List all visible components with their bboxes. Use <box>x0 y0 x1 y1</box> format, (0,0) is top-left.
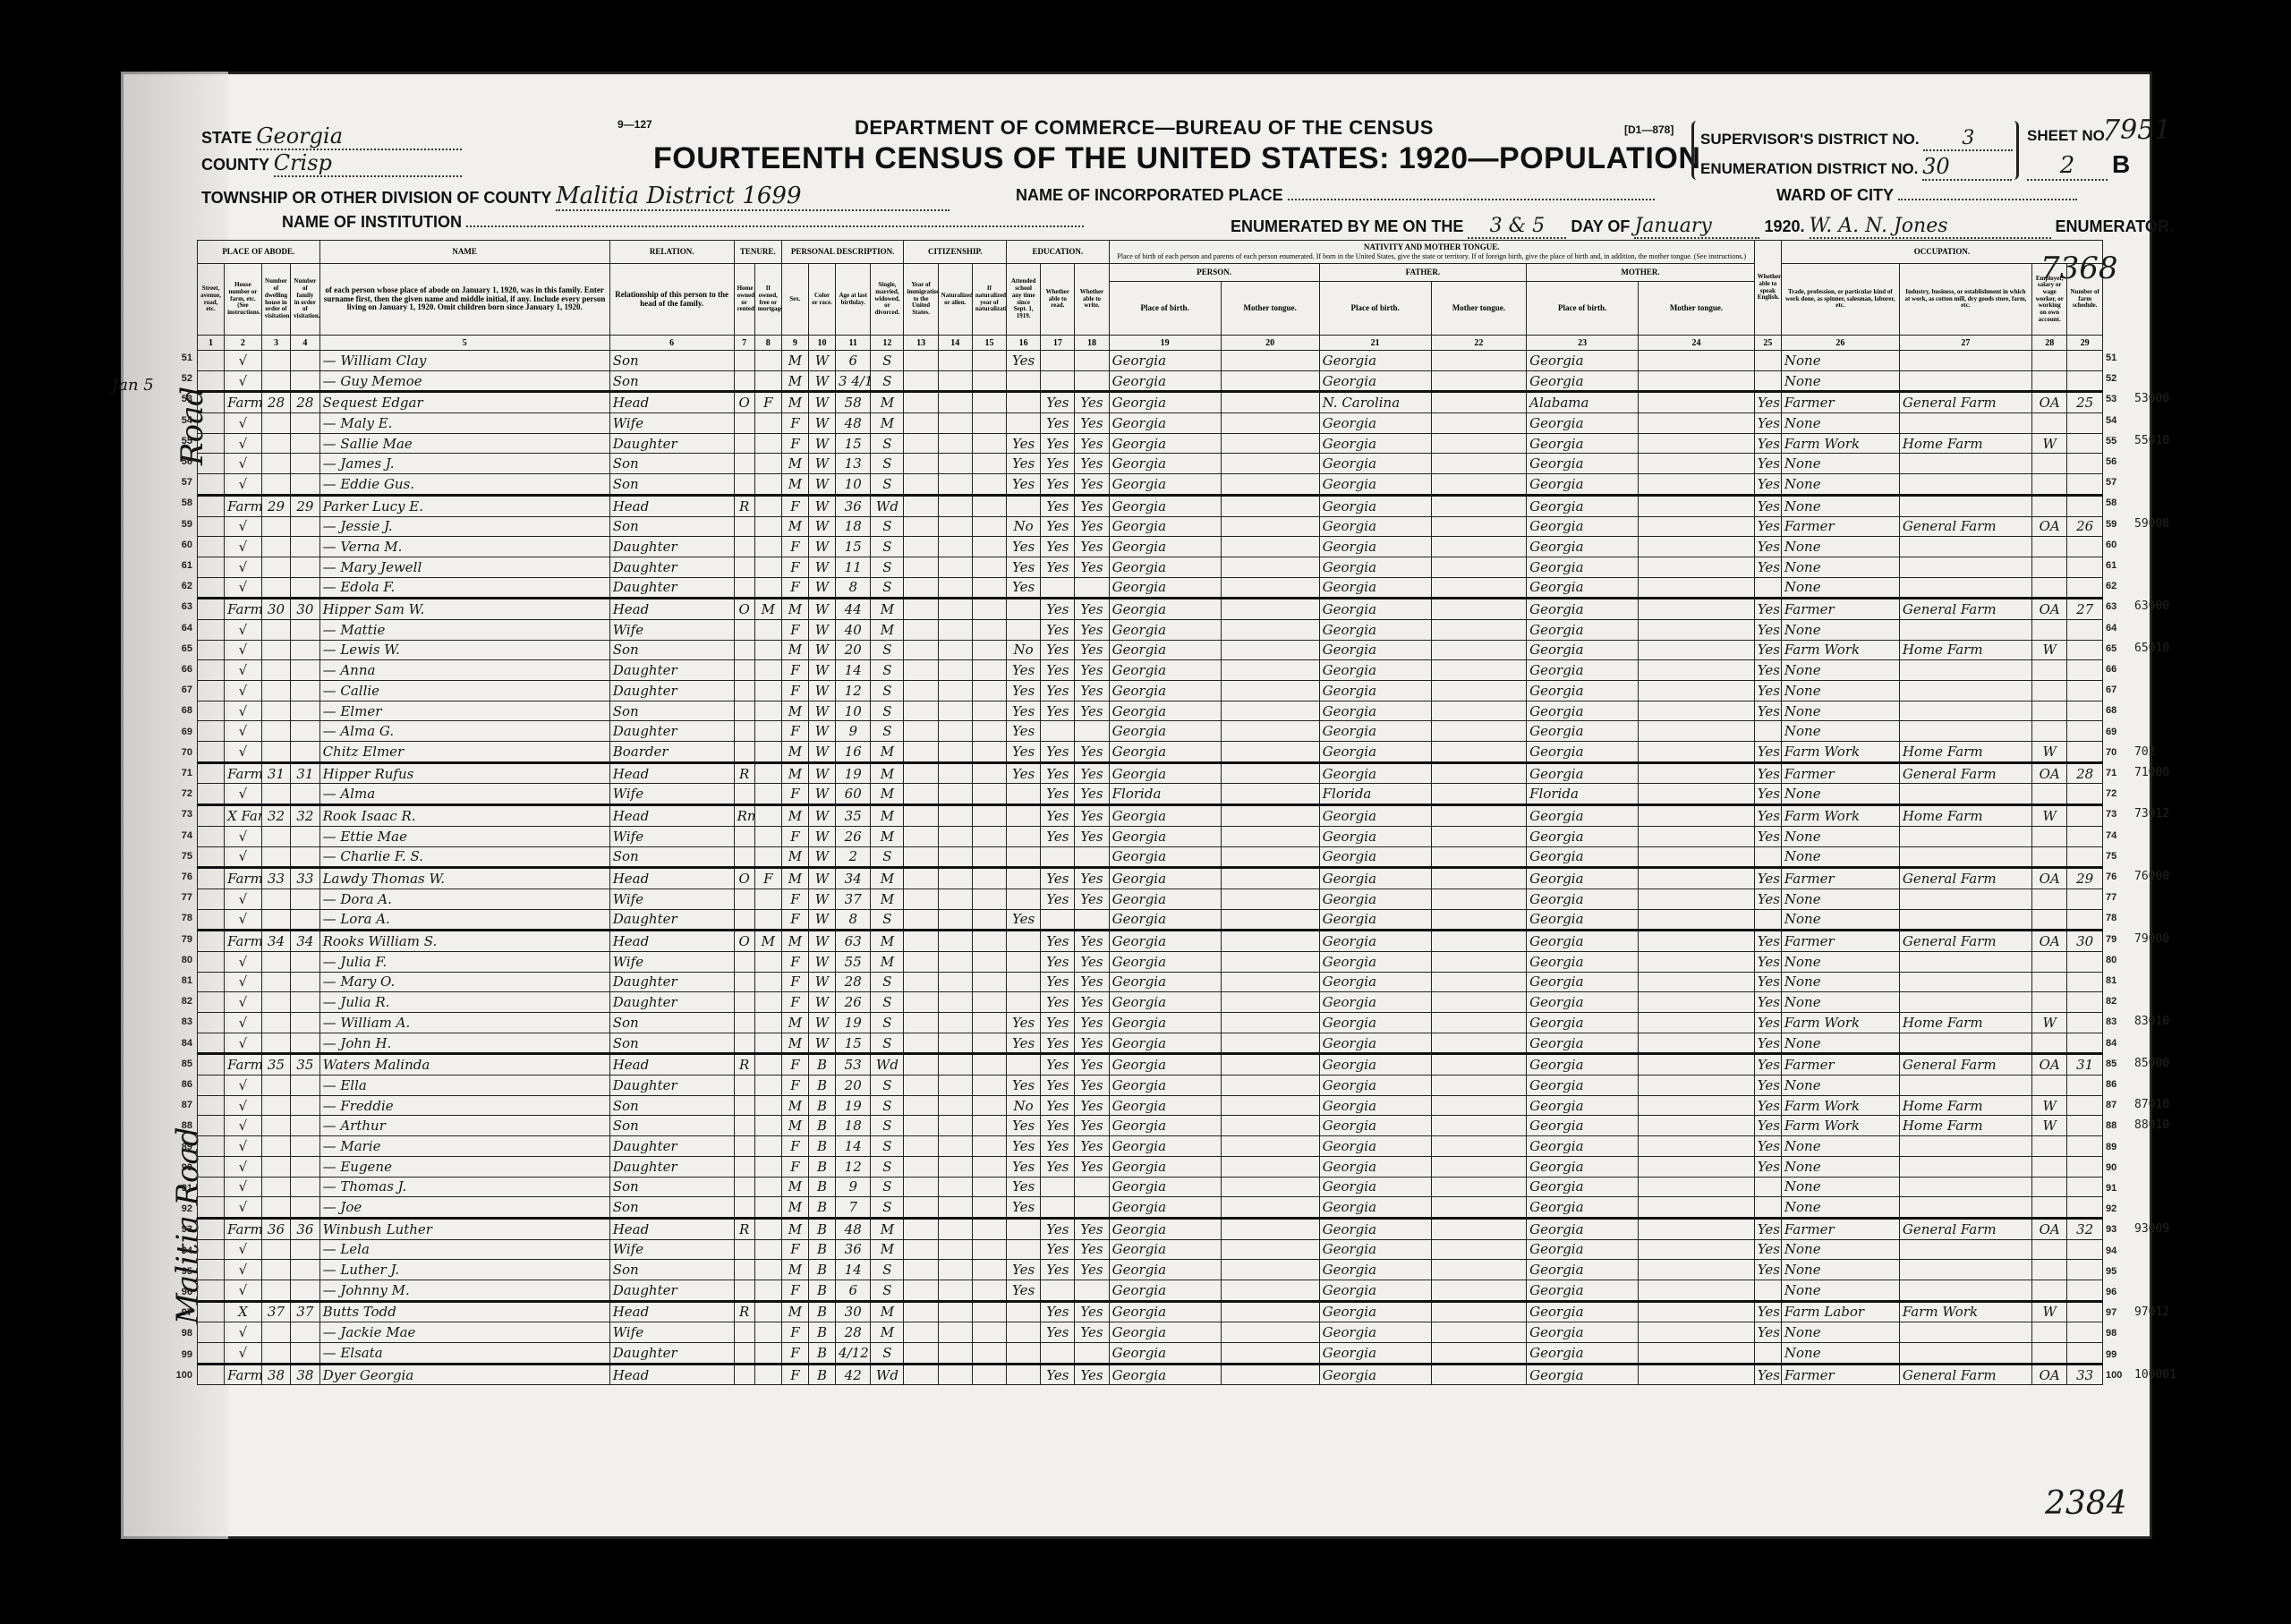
owned-rented-cell <box>734 640 754 660</box>
birthplace-cell: Georgia <box>1109 1301 1221 1322</box>
school-cell <box>1007 784 1041 805</box>
farm-schedule-cell: 29 <box>2067 868 2103 889</box>
coding-mark: 97012 <box>2134 1305 2188 1319</box>
dwelling-cell: 36 <box>261 1218 290 1239</box>
write-cell: Yes <box>1075 660 1109 681</box>
family-cell <box>291 370 319 392</box>
age-cell: 15 <box>836 537 871 557</box>
father-birthplace-cell: Georgia <box>1319 433 1431 454</box>
name-cell: — Lela <box>319 1239 609 1260</box>
house-cell: √ <box>225 1076 262 1096</box>
immigration-year-cell <box>904 660 938 681</box>
table-row: Farm3030Hipper Sam W.HeadOMMW44MYesYesGe… <box>198 599 2103 620</box>
line-number-left: 55 <box>166 436 192 446</box>
mother-tongue-cell <box>1221 640 1319 660</box>
speak-english-cell: Yes <box>1754 931 1781 952</box>
read-cell: Yes <box>1041 992 1075 1013</box>
line-number-left: 98 <box>166 1328 192 1339</box>
col-23-header: Place of birth. <box>1527 282 1639 336</box>
line-number-left: 79 <box>166 934 192 945</box>
table-row: Farm3636Winbush LutherHeadRMB48MYesYesGe… <box>198 1218 2103 1239</box>
free-mortgaged-cell <box>754 681 781 701</box>
write-cell: Yes <box>1075 681 1109 701</box>
col-num: 11 <box>836 336 871 351</box>
line-number-right: 60 <box>2106 540 2159 550</box>
family-cell <box>291 1177 319 1197</box>
mother-birthplace-cell: Georgia <box>1527 992 1639 1013</box>
employer-class-cell: W <box>2032 1116 2067 1136</box>
mother-tongue-cell <box>1221 1260 1319 1280</box>
mother-birthplace-cell: Georgia <box>1527 1260 1639 1280</box>
industry-cell <box>1899 351 2031 371</box>
employer-class-cell <box>2032 1322 2067 1343</box>
col-25-header: Whether able to speak English. <box>1754 241 1781 336</box>
industry-cell <box>1899 951 2031 972</box>
dwelling-cell <box>261 1280 290 1301</box>
father-tongue-cell <box>1431 972 1527 992</box>
free-mortgaged-cell <box>754 1054 781 1076</box>
naturalization-year-cell <box>972 454 1006 474</box>
street-cell <box>198 992 225 1013</box>
father-birthplace-cell: Georgia <box>1319 846 1431 868</box>
street-cell <box>198 454 225 474</box>
age-cell: 15 <box>836 1033 871 1054</box>
immigration-year-cell <box>904 1156 938 1177</box>
speak-english-cell: Yes <box>1754 516 1781 537</box>
sex-cell: M <box>781 805 808 827</box>
naturalized-cell <box>938 413 972 434</box>
table-row: √— William ClaySonMW6SYesGeorgiaGeorgiaG… <box>198 351 2103 371</box>
sex-cell: M <box>781 351 808 371</box>
occupation-cell: None <box>1781 951 1899 972</box>
relation-cell: Head <box>609 1054 734 1076</box>
age-cell: 4/12 <box>836 1343 871 1365</box>
sex-cell: F <box>781 660 808 681</box>
age-cell: 13 <box>836 454 871 474</box>
birthplace-cell: Georgia <box>1109 599 1221 620</box>
naturalized-cell <box>938 351 972 371</box>
col-num: 12 <box>871 336 904 351</box>
house-cell: √ <box>225 370 262 392</box>
name-cell: — Anna <box>319 660 609 681</box>
speak-english-cell: Yes <box>1754 889 1781 909</box>
naturalized-cell <box>938 826 972 846</box>
relation-cell: Son <box>609 474 734 496</box>
write-cell: Yes <box>1075 413 1109 434</box>
age-cell: 2 <box>836 846 871 868</box>
father-birthplace-cell: Georgia <box>1319 992 1431 1013</box>
street-cell <box>198 931 225 952</box>
naturalized-cell <box>938 846 972 868</box>
mother-mother-tongue-cell <box>1639 909 1755 931</box>
employer-class-cell <box>2032 992 2067 1013</box>
naturalization-year-cell <box>972 1280 1006 1301</box>
school-cell <box>1007 1343 1041 1365</box>
industry-cell <box>1899 1177 2031 1197</box>
read-cell: Yes <box>1041 681 1075 701</box>
incorporated-value <box>1288 199 1655 200</box>
immigration-year-cell <box>904 762 938 784</box>
marital-status-cell: S <box>871 454 904 474</box>
owned-rented-cell <box>734 413 754 434</box>
sex-cell: F <box>781 1239 808 1260</box>
age-cell: 30 <box>836 1301 871 1322</box>
sex-cell: F <box>781 1136 808 1157</box>
industry-cell: General Farm <box>1899 931 2031 952</box>
table-row: √— FreddieSonMB19SNoYesYesGeorgiaGeorgia… <box>198 1095 2103 1116</box>
sex-cell: M <box>781 454 808 474</box>
line-number-left: 68 <box>166 705 192 716</box>
naturalization-year-cell <box>972 972 1006 992</box>
speak-english-cell: Yes <box>1754 454 1781 474</box>
table-row: X Farm3232Rook Isaac R.HeadRmMW35MYesYes… <box>198 805 2103 827</box>
speak-english-cell <box>1754 721 1781 742</box>
dwelling-cell <box>261 474 290 496</box>
birthplace-cell: Florida <box>1109 784 1221 805</box>
school-cell <box>1007 931 1041 952</box>
house-cell: Farm <box>225 762 262 784</box>
school-cell <box>1007 1364 1041 1385</box>
mother-birthplace-cell: Georgia <box>1527 1076 1639 1096</box>
occupation-cell: None <box>1781 619 1899 640</box>
read-cell: Yes <box>1041 1218 1075 1239</box>
col-num: 26 <box>1781 336 1899 351</box>
relation-cell: Son <box>609 370 734 392</box>
immigration-year-cell <box>904 537 938 557</box>
name-cell: Winbush Luther <box>319 1218 609 1239</box>
mother-mother-tongue-cell <box>1639 557 1755 577</box>
mother-birthplace-cell: Florida <box>1527 784 1639 805</box>
industry-cell: Home Farm <box>1899 805 2031 827</box>
mother-tongue-cell <box>1221 681 1319 701</box>
age-cell: 14 <box>836 1260 871 1280</box>
write-cell: Yes <box>1075 1301 1109 1322</box>
mother-birthplace-cell: Alabama <box>1527 392 1639 413</box>
industry-cell <box>1899 577 2031 599</box>
race-cell: W <box>808 972 835 992</box>
read-cell: Yes <box>1041 931 1075 952</box>
immigration-year-cell <box>904 1033 938 1054</box>
mother-mother-tongue-cell <box>1639 1033 1755 1054</box>
stamp-top: 7951 <box>2103 115 2171 146</box>
mother-birthplace-cell: Georgia <box>1527 1197 1639 1219</box>
owned-rented-cell <box>734 537 754 557</box>
farm-schedule-cell <box>2067 1076 2103 1096</box>
line-number-left: 65 <box>166 643 192 654</box>
free-mortgaged-cell <box>754 1239 781 1260</box>
dwelling-cell <box>261 1156 290 1177</box>
immigration-year-cell <box>904 1076 938 1096</box>
mother-mother-tongue-cell <box>1639 931 1755 952</box>
line-number-left: 57 <box>166 477 192 488</box>
school-cell: Yes <box>1007 909 1041 931</box>
free-mortgaged-cell <box>754 660 781 681</box>
naturalization-year-cell <box>972 721 1006 742</box>
read-cell: Yes <box>1041 1076 1075 1096</box>
col-15-header: If naturalized, year of naturalization. <box>972 264 1006 336</box>
relation-cell: Head <box>609 599 734 620</box>
mother-birthplace-cell: Georgia <box>1527 951 1639 972</box>
coding-mark: 93009 <box>2134 1222 2188 1236</box>
immigration-year-cell <box>904 992 938 1013</box>
father-birthplace-cell: Georgia <box>1319 972 1431 992</box>
read-cell: Yes <box>1041 1054 1075 1076</box>
col-1-header: Street, avenue, road, etc. <box>198 264 225 336</box>
dwelling-cell <box>261 454 290 474</box>
occupation-cell: None <box>1781 557 1899 577</box>
coding-mark: 88010 <box>2134 1118 2188 1132</box>
table-row: √— MattieWifeFW40MYesYesGeorgiaGeorgiaGe… <box>198 619 2103 640</box>
mother-tongue-cell <box>1221 1322 1319 1343</box>
mother-birthplace-cell: Georgia <box>1527 909 1639 931</box>
col-num: 7 <box>734 336 754 351</box>
marital-status-cell: S <box>871 1033 904 1054</box>
family-cell <box>291 1322 319 1343</box>
free-mortgaged-cell <box>754 826 781 846</box>
speak-english-cell <box>1754 1280 1781 1301</box>
speak-english-cell: Yes <box>1754 1156 1781 1177</box>
col-num: 8 <box>754 336 781 351</box>
mother-mother-tongue-cell <box>1639 992 1755 1013</box>
dwelling-cell: 37 <box>261 1301 290 1322</box>
mother-tongue-cell <box>1221 1156 1319 1177</box>
father-birthplace-cell: Georgia <box>1319 1322 1431 1343</box>
school-cell <box>1007 619 1041 640</box>
school-cell <box>1007 1218 1041 1239</box>
naturalization-year-cell <box>972 413 1006 434</box>
incorporated-label: NAME OF INCORPORATED PLACE <box>1016 186 1283 204</box>
family-cell: 31 <box>291 762 319 784</box>
speak-english-cell: Yes <box>1754 1322 1781 1343</box>
state-field: STATE Georgia <box>201 123 462 150</box>
mother-mother-tongue-cell <box>1639 889 1755 909</box>
naturalized-cell <box>938 1260 972 1280</box>
school-cell: Yes <box>1007 1033 1041 1054</box>
occupation-cell: Farm Work <box>1781 742 1899 763</box>
marital-status-cell: S <box>871 351 904 371</box>
name-cell: Lawdy Thomas W. <box>319 868 609 889</box>
read-cell: Yes <box>1041 742 1075 763</box>
immigration-year-cell <box>904 1322 938 1343</box>
father-birthplace-cell: Georgia <box>1319 951 1431 972</box>
naturalization-year-cell <box>972 1218 1006 1239</box>
marital-status-cell: M <box>871 413 904 434</box>
employer-class-cell <box>2032 557 2067 577</box>
employer-class-cell: OA <box>2032 868 2067 889</box>
school-cell: Yes <box>1007 1280 1041 1301</box>
marital-status-cell: Wd <box>871 1364 904 1385</box>
naturalized-cell <box>938 721 972 742</box>
sex-cell: M <box>781 762 808 784</box>
dwelling-cell <box>261 640 290 660</box>
line-number-right: 92 <box>2106 1203 2159 1214</box>
speak-english-cell: Yes <box>1754 537 1781 557</box>
father-tongue-cell <box>1431 1177 1527 1197</box>
family-cell <box>291 1156 319 1177</box>
father-tongue-cell <box>1431 1116 1527 1136</box>
naturalization-year-cell <box>972 784 1006 805</box>
sex-cell: M <box>781 742 808 763</box>
mother-mother-tongue-cell <box>1639 516 1755 537</box>
marital-status-cell: S <box>871 992 904 1013</box>
line-number-left: 92 <box>166 1203 192 1214</box>
table-row: Farm3434Rooks William S.HeadOMMW63MYesYe… <box>198 931 2103 952</box>
immigration-year-cell <box>904 1280 938 1301</box>
industry-cell <box>1899 660 2031 681</box>
relation-cell: Son <box>609 701 734 721</box>
birthplace-cell: Georgia <box>1109 1239 1221 1260</box>
write-cell: Yes <box>1075 972 1109 992</box>
speak-english-cell: Yes <box>1754 868 1781 889</box>
family-cell <box>291 1136 319 1157</box>
house-cell: √ <box>225 1177 262 1197</box>
school-cell: Yes <box>1007 557 1041 577</box>
col-num: 21 <box>1319 336 1431 351</box>
relation-cell: Daughter <box>609 909 734 931</box>
read-cell: Yes <box>1041 826 1075 846</box>
family-cell <box>291 951 319 972</box>
street-cell <box>198 370 225 392</box>
immigration-year-cell <box>904 931 938 952</box>
age-cell: 48 <box>836 413 871 434</box>
line-number-left: 78 <box>166 913 192 923</box>
birthplace-cell: Georgia <box>1109 619 1221 640</box>
dwelling-cell <box>261 413 290 434</box>
father-tongue-cell <box>1431 537 1527 557</box>
naturalized-cell <box>938 392 972 413</box>
occupation-cell: None <box>1781 784 1899 805</box>
name-cell: — Guy Memoe <box>319 370 609 392</box>
name-cell: — Jessie J. <box>319 516 609 537</box>
write-cell: Yes <box>1075 784 1109 805</box>
marital-status-cell: S <box>871 474 904 496</box>
immigration-year-cell <box>904 701 938 721</box>
father-birthplace-cell: Georgia <box>1319 1197 1431 1219</box>
coding-mark: 53000 <box>2134 392 2188 405</box>
line-number-right: 91 <box>2106 1183 2159 1194</box>
name-cell: — Thomas J. <box>319 1177 609 1197</box>
coding-mark: 59008 <box>2134 517 2188 531</box>
house-cell: Farm <box>225 1054 262 1076</box>
read-cell: Yes <box>1041 433 1075 454</box>
naturalized-cell <box>938 537 972 557</box>
mother-tongue-cell <box>1221 1095 1319 1116</box>
dwelling-cell <box>261 1013 290 1033</box>
owned-rented-cell: O <box>734 392 754 413</box>
race-cell: W <box>808 537 835 557</box>
read-cell: Yes <box>1041 1322 1075 1343</box>
naturalization-year-cell <box>972 909 1006 931</box>
race-cell: W <box>808 433 835 454</box>
industry-cell <box>1899 846 2031 868</box>
father-tongue-cell <box>1431 1013 1527 1033</box>
owned-rented-cell <box>734 1260 754 1280</box>
owned-rented-cell: O <box>734 599 754 620</box>
naturalization-year-cell <box>972 805 1006 827</box>
birthplace-cell: Georgia <box>1109 640 1221 660</box>
employer-class-cell <box>2032 1076 2067 1096</box>
mother-mother-tongue-cell <box>1639 599 1755 620</box>
write-cell <box>1075 1280 1109 1301</box>
race-cell: B <box>808 1177 835 1197</box>
street-cell <box>198 1156 225 1177</box>
school-cell: Yes <box>1007 577 1041 599</box>
mother-tongue-cell <box>1221 1054 1319 1076</box>
family-cell <box>291 681 319 701</box>
birthplace-cell: Georgia <box>1109 868 1221 889</box>
house-cell: √ <box>225 1343 262 1365</box>
family-cell: 34 <box>291 931 319 952</box>
farm-schedule-cell <box>2067 742 2103 763</box>
race-cell: W <box>808 599 835 620</box>
marital-status-cell: M <box>871 392 904 413</box>
table-row: √— LelaWifeFB36MYesYesGeorgiaGeorgiaGeor… <box>198 1239 2103 1260</box>
relation-cell: Head <box>609 495 734 516</box>
immigration-year-cell <box>904 972 938 992</box>
marital-status-cell: S <box>871 1343 904 1365</box>
name-cell: — Elmer <box>319 701 609 721</box>
department-heading: DEPARTMENT OF COMMERCE—BUREAU OF THE CEN… <box>855 116 1434 140</box>
sex-cell: F <box>781 537 808 557</box>
col-9-header: Sex. <box>781 264 808 336</box>
write-cell: Yes <box>1075 454 1109 474</box>
dwelling-cell: 34 <box>261 931 290 952</box>
dwelling-cell <box>261 1239 290 1260</box>
dwelling-cell: 32 <box>261 805 290 827</box>
owned-rented-cell <box>734 454 754 474</box>
house-cell: √ <box>225 516 262 537</box>
immigration-year-cell <box>904 1260 938 1280</box>
sex-cell: M <box>781 599 808 620</box>
table-row: √— ElsataDaughterFB4/12SGeorgiaGeorgiaGe… <box>198 1343 2103 1365</box>
col-num: 14 <box>938 336 972 351</box>
owned-rented-cell <box>734 681 754 701</box>
school-cell: Yes <box>1007 1013 1041 1033</box>
employer-class-cell: OA <box>2032 599 2067 620</box>
naturalization-year-cell <box>972 433 1006 454</box>
farm-schedule-cell <box>2067 951 2103 972</box>
mother-tongue-cell <box>1221 1343 1319 1365</box>
father-tongue-cell <box>1431 1095 1527 1116</box>
coding-mark: 76000 <box>2134 870 2188 883</box>
owned-rented-cell <box>734 1013 754 1033</box>
industry-cell: Home Farm <box>1899 742 2031 763</box>
immigration-year-cell <box>904 826 938 846</box>
owned-rented-cell <box>734 992 754 1013</box>
relation-cell: Wife <box>609 784 734 805</box>
mother-birthplace-cell: Georgia <box>1527 557 1639 577</box>
mother-birthplace-cell: Georgia <box>1527 931 1639 952</box>
line-number-left: 64 <box>166 623 192 633</box>
employer-class-cell: OA <box>2032 762 2067 784</box>
family-cell: 37 <box>291 1301 319 1322</box>
farm-schedule-cell <box>2067 1116 2103 1136</box>
mother-tongue-cell <box>1221 784 1319 805</box>
father-birthplace-cell: Georgia <box>1319 1136 1431 1157</box>
school-cell <box>1007 1301 1041 1322</box>
mother-tongue-cell <box>1221 1364 1319 1385</box>
relation-cell: Head <box>609 392 734 413</box>
father-birthplace-cell: Georgia <box>1319 1260 1431 1280</box>
birthplace-cell: Georgia <box>1109 392 1221 413</box>
naturalized-cell <box>938 992 972 1013</box>
naturalization-year-cell <box>972 392 1006 413</box>
line-number-right: 90 <box>2106 1162 2159 1173</box>
farm-schedule-cell: 32 <box>2067 1218 2103 1239</box>
relation-cell: Daughter <box>609 1156 734 1177</box>
race-cell: W <box>808 784 835 805</box>
institution-field: NAME OF INSTITUTION <box>282 213 1084 232</box>
